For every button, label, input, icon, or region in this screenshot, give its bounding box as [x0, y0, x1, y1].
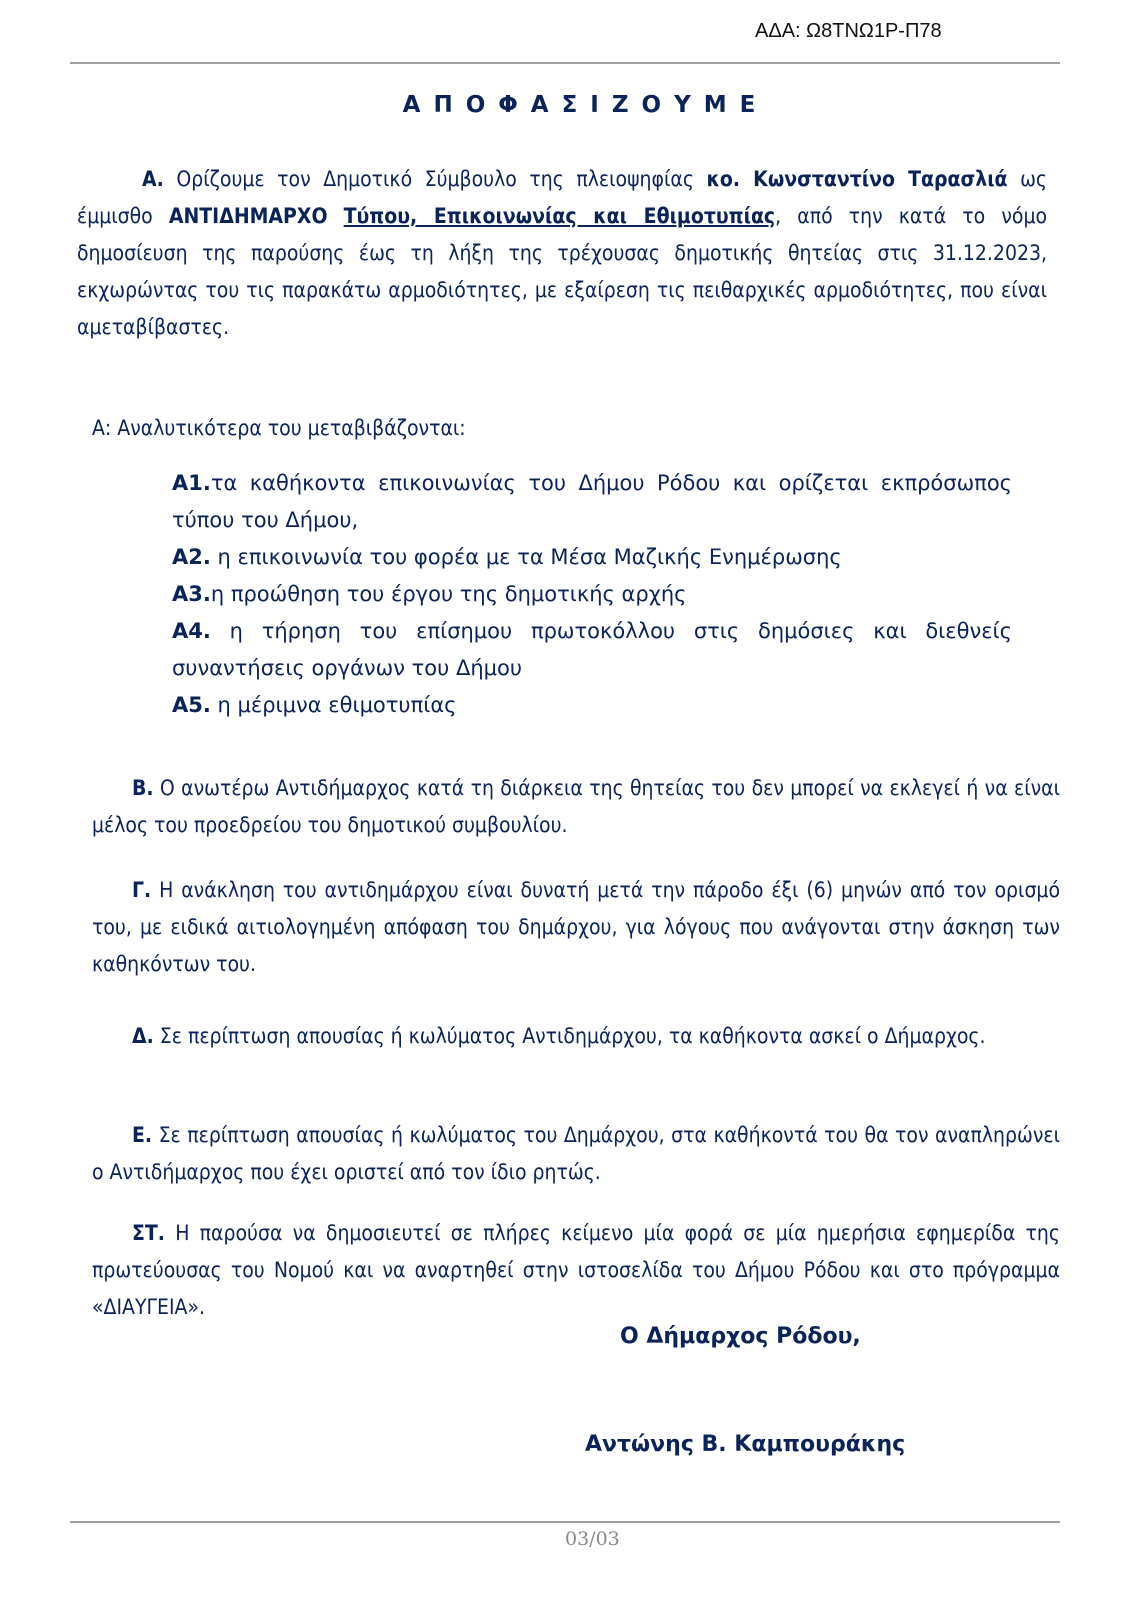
list-item: Α3.η προώθηση του έργου της δημοτικής αρ…	[172, 576, 1012, 613]
item-text: η επικοινωνία του φορέα με τα Μέσα Μαζικ…	[211, 545, 842, 569]
item-label: Α3.	[172, 582, 211, 606]
section-label: Δ.	[132, 1024, 154, 1048]
list-item: Α2. η επικοινωνία του φορέα με τα Μέσα Μ…	[172, 539, 1012, 576]
header-divider	[70, 62, 1060, 64]
list-item: Α5. η μέριμνα εθιμοτυπίας	[172, 687, 1012, 724]
signature-title: Ο Δήμαρχος Ρόδου,	[620, 1324, 861, 1349]
item-text: τα καθήκοντα επικοινωνίας του Δήμου Ρόδο…	[172, 471, 1012, 532]
section-text: Σε περίπτωση απουσίας ή κωλύματος του Δη…	[92, 1123, 1060, 1184]
section-a-label: Α.	[142, 167, 164, 191]
role: ΑΝΤΙΔΗΜΑΡΧΟ	[169, 204, 328, 228]
section-text: Σε περίπτωση απουσίας ή κωλύματος Αντιδη…	[154, 1024, 986, 1048]
footer-divider	[70, 1521, 1060, 1523]
section-text: Ο ανωτέρω Αντιδήμαρχος κατά τη διάρκεια …	[92, 776, 1060, 837]
section-a-paragraph: Α. Ορίζουμε τον Δημοτικό Σύμβουλο της πλ…	[77, 161, 1047, 346]
item-label: Α5.	[172, 693, 211, 717]
section-b-paragraph: Β. Ο ανωτέρω Αντιδήμαρχος κατά τη διάρκε…	[92, 770, 1060, 844]
section-d-paragraph: Δ. Σε περίπτωση απουσίας ή κωλύματος Αντ…	[92, 1018, 1060, 1055]
competences-list: Α1.τα καθήκοντα επικοινωνίας του Δήμου Ρ…	[172, 465, 1012, 724]
section-text: Η ανάκληση του αντιδημάρχου είναι δυνατή…	[92, 878, 1060, 976]
section-text: Η παρούσα να δημοσιευτεί σε πλήρες κείμε…	[92, 1221, 1060, 1319]
section-a-text: Ορίζουμε τον Δημοτικό Σύμβουλο της πλειο…	[164, 167, 707, 191]
item-label: Α2.	[172, 545, 211, 569]
item-text: η προώθηση του έργου της δημοτικής αρχής	[211, 582, 687, 606]
signature-name: Αντώνης Β. Καμπουράκης	[585, 1432, 905, 1457]
list-item: Α1.τα καθήκοντα επικοινωνίας του Δήμου Ρ…	[172, 465, 1012, 539]
section-label: Ε.	[132, 1123, 152, 1147]
page-number: 03/03	[565, 1528, 620, 1550]
section-g-paragraph: Γ. Η ανάκληση του αντιδημάρχου είναι δυν…	[92, 872, 1060, 983]
item-text: η μέριμνα εθιμοτυπίας	[211, 693, 457, 717]
ada-code: ΑΔΑ: Ω8ΤΝΩ1Ρ-Π78	[755, 20, 942, 43]
section-label: Β.	[132, 776, 154, 800]
item-text: η τήρηση του επίσημου πρωτοκόλλου στις δ…	[172, 619, 1012, 680]
section-a-subheading: Α: Αναλυτικότερα του μεταβιβάζονται:	[92, 410, 466, 447]
portfolio: Τύπου, Επικοινωνίας και Εθιμοτυπίας	[344, 204, 775, 228]
list-item: Α4. η τήρηση του επίσημου πρωτοκόλλου στ…	[172, 613, 1012, 687]
section-label: Γ.	[132, 878, 151, 902]
item-label: Α4.	[172, 619, 211, 643]
document-title: ΑΠΟΦΑΣΙΖΟΥΜΕ	[0, 92, 1131, 118]
section-label: ΣΤ.	[132, 1221, 165, 1245]
appointee-name: κο. Κωνσταντίνο Ταρασλιά	[706, 167, 1007, 191]
section-st-paragraph: ΣΤ. Η παρούσα να δημοσιευτεί σε πλήρες κ…	[92, 1215, 1060, 1326]
item-label: Α1.	[172, 471, 211, 495]
section-e-paragraph: Ε. Σε περίπτωση απουσίας ή κωλύματος του…	[92, 1117, 1060, 1191]
